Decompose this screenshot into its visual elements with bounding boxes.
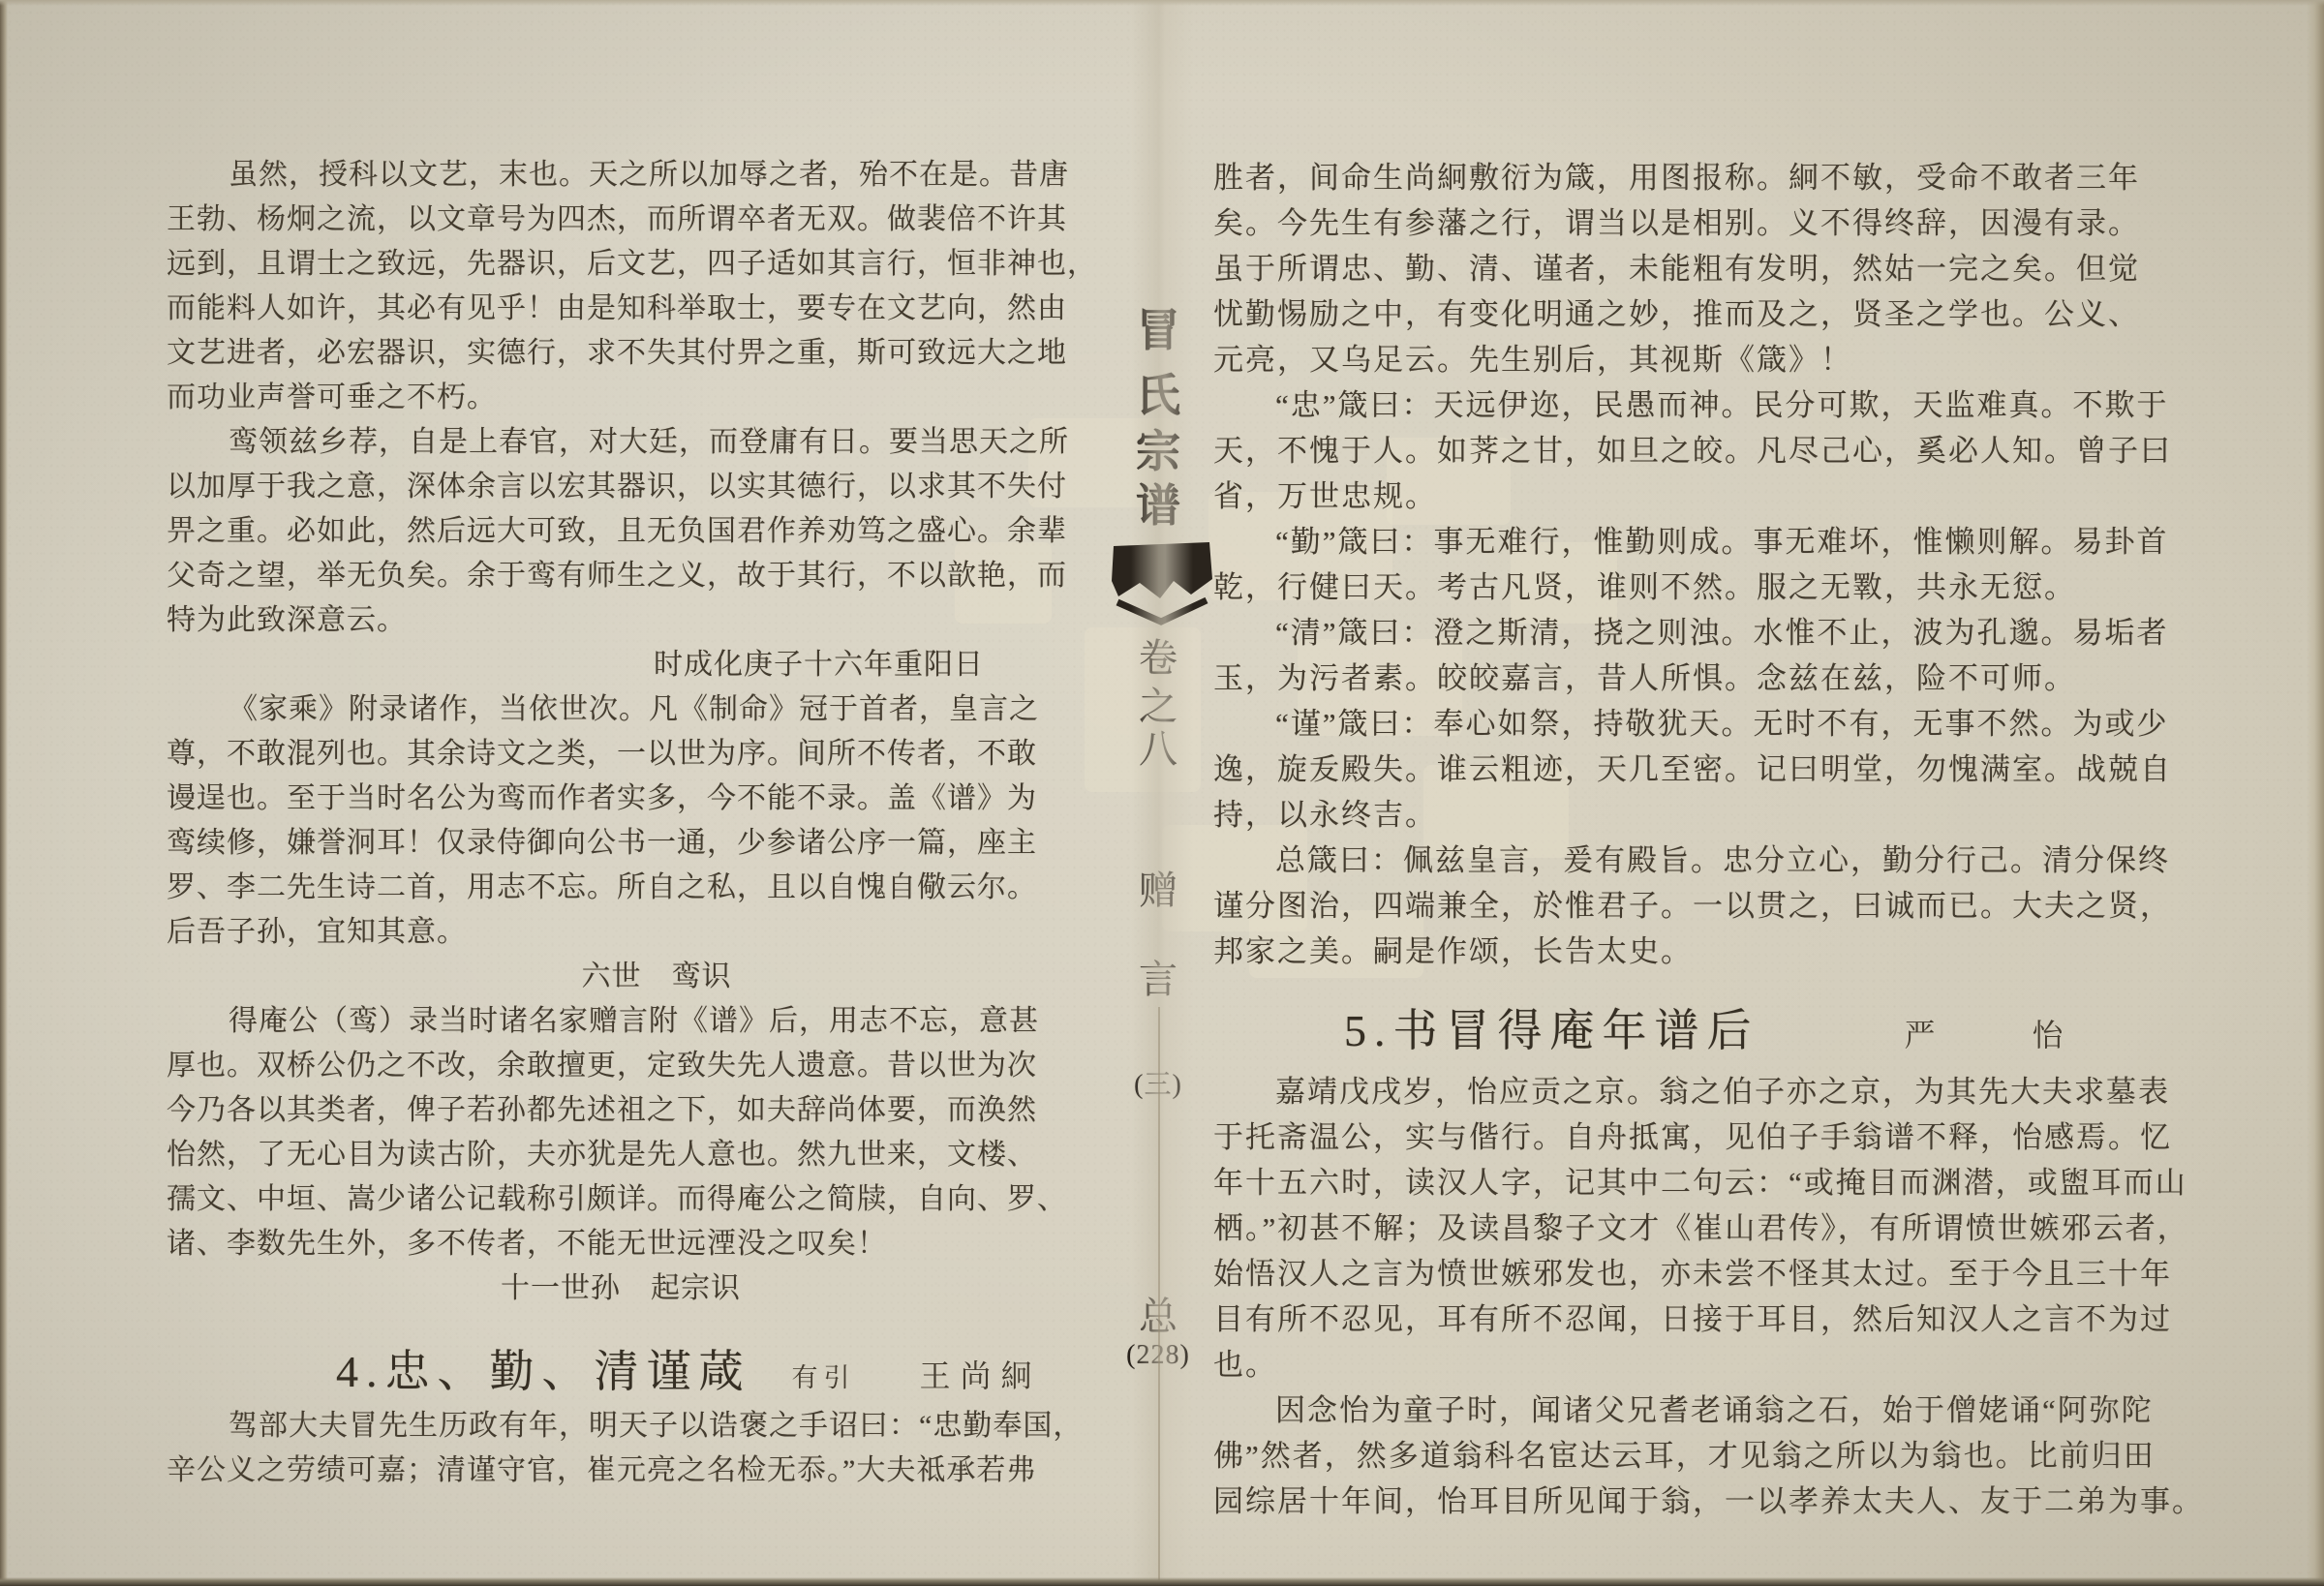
scan-edge-top <box>0 0 2324 6</box>
text-line: “忠”箴曰：天远伊迩，民愚而神。民分可欺，天监难真。不欺于 <box>1213 382 2257 428</box>
text-line: “谨”箴曰：奉心如祭，持敬犹天。无时不有，无事不然。为或少 <box>1213 701 2257 747</box>
right-page: 胜者，间命生尚絅敷衍为箴，用图报称。絅不敏，受命不敢者三年矣。今先生有参藩之行，… <box>1213 155 2257 1524</box>
text-line: 后吾子孙，宜知其意。 <box>167 910 1059 955</box>
spine-book-title-char: 冒 <box>1121 295 1195 359</box>
spine-volume-char: 卷 <box>1121 627 1195 683</box>
text-line: 怡然，了无心目为读古阶，夫亦犹是先人意也。然九世来，文楼、 <box>167 1133 1059 1177</box>
text-line: 辛公义之劳绩可嘉；清谨守官，崔元亮之名检无忝。”大夫祗承若弗 <box>167 1449 1059 1493</box>
text-line: 而功业声誉可垂之不朽。 <box>167 376 1059 420</box>
text-line: 因念怡为童子时，闻诸父兄耆老诵翁之石，始于僧姥诵“阿弥陀 <box>1213 1388 2257 1433</box>
spine-section-char: 赠 <box>1121 860 1195 915</box>
text-line: 驾部大夫冒先生历政有年，明天子以诰褒之手诏曰：“忠勤奉国， <box>167 1404 1059 1449</box>
ink-blot-seal-icon <box>1110 540 1216 625</box>
text-line: 十一世孙 起宗识 <box>174 1266 1067 1311</box>
text-line: 六世 鸾识 <box>210 955 1103 999</box>
text-line: 畀之重。必如此，然后远大可致，且无负国君作养劝笃之盛心。余辈 <box>167 509 1059 554</box>
text-line: 孺文、中垣、嵩少诸公记载称引颇详。而得庵公之简牍，自向、罗、 <box>167 1177 1059 1222</box>
text-line: 谨分图治，四端兼全，於惟君子。一以贯之，曰诚而已。大夫之贤， <box>1213 883 2257 929</box>
spine-book-title-char: 谱 <box>1121 471 1195 534</box>
text-line: 矣。今先生有参藩之行，谓当以是相别。义不得终辞，因漫有录。 <box>1213 200 2257 246</box>
text-line: 特为此致深意云。 <box>167 598 1059 643</box>
text-line: 文艺进者，必宏器识，实德行，求不失其付畀之重，斯可致远大之地 <box>167 331 1059 376</box>
text-line: 诸、李数先生外，多不传者，不能无世远湮没之叹矣！ <box>167 1222 1059 1266</box>
text-line: 佛”然者，然多道翁科名宦达云耳，才见翁之所以为翁也。比前归田 <box>1213 1433 2257 1479</box>
text-line: 尊，不敢混列也。其余诗文之类，一以世为序。间所不传者，不敢 <box>167 732 1059 777</box>
heading-author: 王尚絅 <box>920 1352 1042 1396</box>
text-line: “勤”箴曰：事无难行，惟勤则成。事无难坏，惟懒则解。易卦首 <box>1213 519 2257 564</box>
fold-crease <box>1158 1007 1160 1586</box>
heading-title: 5.书冒得庵年谱后 <box>1344 995 1759 1059</box>
spine-volume-char: 八 <box>1121 718 1195 774</box>
text-line: 嘉靖戊戌岁，怡应贡之京。翁之伯子亦之京，为其先大夫求墓表 <box>1213 1069 2257 1114</box>
text-line: 鸾领兹乡荐，自是上春官，对大廷，而登庸有日。要当思天之所 <box>167 420 1059 465</box>
scan-edge-right <box>2307 0 2324 1586</box>
text-line: 虽然，授科以文艺，末也。天之所以加辱之者，殆不在是。昔唐 <box>167 153 1059 198</box>
text-line: 天，不愧于人。如荠之甘，如旦之皎。凡尽己心，奚必人知。曾子曰 <box>1213 428 2257 473</box>
text-line: 虽于所谓忠、勤、清、谨者，未能粗有发明，然姑一完之矣。但觉 <box>1213 246 2257 291</box>
text-line: 总箴曰：佩兹皇言，爰有殿旨。忠分立心，勤分行己。清分保终 <box>1213 838 2257 883</box>
text-line: 栖。”初甚不解；及读昌黎子文才《崔山君传》，有所谓愤世嫉邪云者， <box>1213 1205 2257 1251</box>
section-heading: 4.忠、勤、清谨葴有引王尚絅 <box>336 1336 1059 1398</box>
text-line: 于托斋温公，实与偕行。自舟抵寓，见伯子手翁谱不释，怡感焉。忆 <box>1213 1114 2257 1160</box>
text-line: 《家乘》附录诸作，当依世次。凡《制命》冠于首者，皇言之 <box>167 687 1059 732</box>
text-line: 以加厚于我之意，深体余言以宏其器识，以实其德行，以求其不失付 <box>167 465 1059 509</box>
text-line: 远到，且谓士之致远，先器识，后文艺，四子适如其言行，恒非神也， <box>167 242 1059 287</box>
spine-section-char: 言 <box>1121 949 1195 1004</box>
text-line: 年十五六时，读汉人字，记其中二句云：“或掩目而渊潜，或盥耳而山 <box>1213 1160 2257 1205</box>
scan-edge-bottom <box>0 1577 2324 1586</box>
scan-edge-left <box>0 0 8 1586</box>
text-line: 鸾续修，嫌誉泂耳！仅录侍御向公书一通，少参诸公序一篇，座主 <box>167 821 1059 866</box>
text-line: 乾，行健曰天。考古凡贤，谁则不然。服之无斁，共永无愆。 <box>1213 564 2257 610</box>
text-line: 而能料人如许，其必有见乎！由是知科举取士，要专在文艺向，然由 <box>167 287 1059 331</box>
text-line: 谩逞也。至于当时名公为鸾而作者实多，今不能不录。盖《谱》为 <box>167 777 1059 821</box>
text-line: 胜者，间命生尚絅敷衍为箴，用图报称。絅不敏，受命不敢者三年 <box>1213 155 2257 200</box>
text-line: 时成化庚子十六年重阳日 <box>167 643 1059 687</box>
text-line: 今乃各以其类者，俾子若孙都先述祖之下，如夫辞尚体要，而涣然 <box>167 1088 1059 1133</box>
genealogy-book-scan: 虽然，授科以文艺，末也。天之所以加辱之者，殆不在是。昔唐王勃、杨炯之流，以文章号… <box>0 0 2324 1586</box>
text-line: 玉，为污者素。皎皎嘉言，昔人所惧。念兹在兹，险不可师。 <box>1213 656 2257 701</box>
text-line: 忧勤惕励之中，有变化明通之妙，推而及之，贤圣之学也。公义、 <box>1213 291 2257 337</box>
text-line: 目有所不忍见，耳有所不忍闻，日接于耳目，然后知汉人之言不为过 <box>1213 1296 2257 1342</box>
heading-author: 严 怡 <box>1905 1011 2096 1055</box>
text-line: 也。 <box>1213 1342 2257 1388</box>
text-line: 王勃、杨炯之流，以文章号为四杰，而所谓卒者无双。做裴倍不许其 <box>167 198 1059 242</box>
text-line: 邦家之美。嗣是作颂，长告太史。 <box>1213 929 2257 974</box>
text-line: 省，万世忠规。 <box>1213 473 2257 519</box>
text-line: 父奇之望，举无负矣。余于鸾有师生之义，故于其行，不以歆艳，而 <box>167 554 1059 598</box>
text-line: 持，以永终吉。 <box>1213 792 2257 838</box>
text-line: 逸，旋叐殿失。谁云粗迹，天几至密。记曰明堂，勿愧满室。战兢自 <box>1213 747 2257 792</box>
text-line: 罗、李二先生诗二首，用志不忘。所自之私，且以自愧自儆云尔。 <box>167 866 1059 910</box>
text-line: 元亮，又乌足云。先生别后，其视斯《箴》！ <box>1213 337 2257 382</box>
text-line: “清”箴曰：澄之斯清，挠之则浊。水惟不止，波为孔邈。易垢者 <box>1213 610 2257 656</box>
text-line: 得庵公（鸾）录当时诸名家赠言附《谱》后，用志不忘，意甚 <box>167 999 1059 1044</box>
left-page: 虽然，授科以文艺，末也。天之所以加辱之者，殆不在是。昔唐王勃、杨炯之流，以文章号… <box>167 153 1059 1493</box>
section-heading: 5.书冒得庵年谱后严 怡 <box>1344 995 2257 1061</box>
text-line: 始悟汉人之言为愤世嫉邪发也，亦未尝不怪其太过。至于今且三十年 <box>1213 1251 2257 1296</box>
text-line: 厚也。双桥公仍之不改，余敢擅更，定致失先人遗意。昔以世为次 <box>167 1044 1059 1088</box>
heading-annotation: 有引 <box>792 1357 856 1394</box>
text-line: 园综居十年间，怡耳目所见闻于翁，一以孝养太夫人、友于二弟为事。 <box>1213 1479 2257 1524</box>
spine-book-title-char: 氏 <box>1121 360 1195 424</box>
heading-title: 4.忠、勤、清谨葴 <box>336 1336 751 1400</box>
